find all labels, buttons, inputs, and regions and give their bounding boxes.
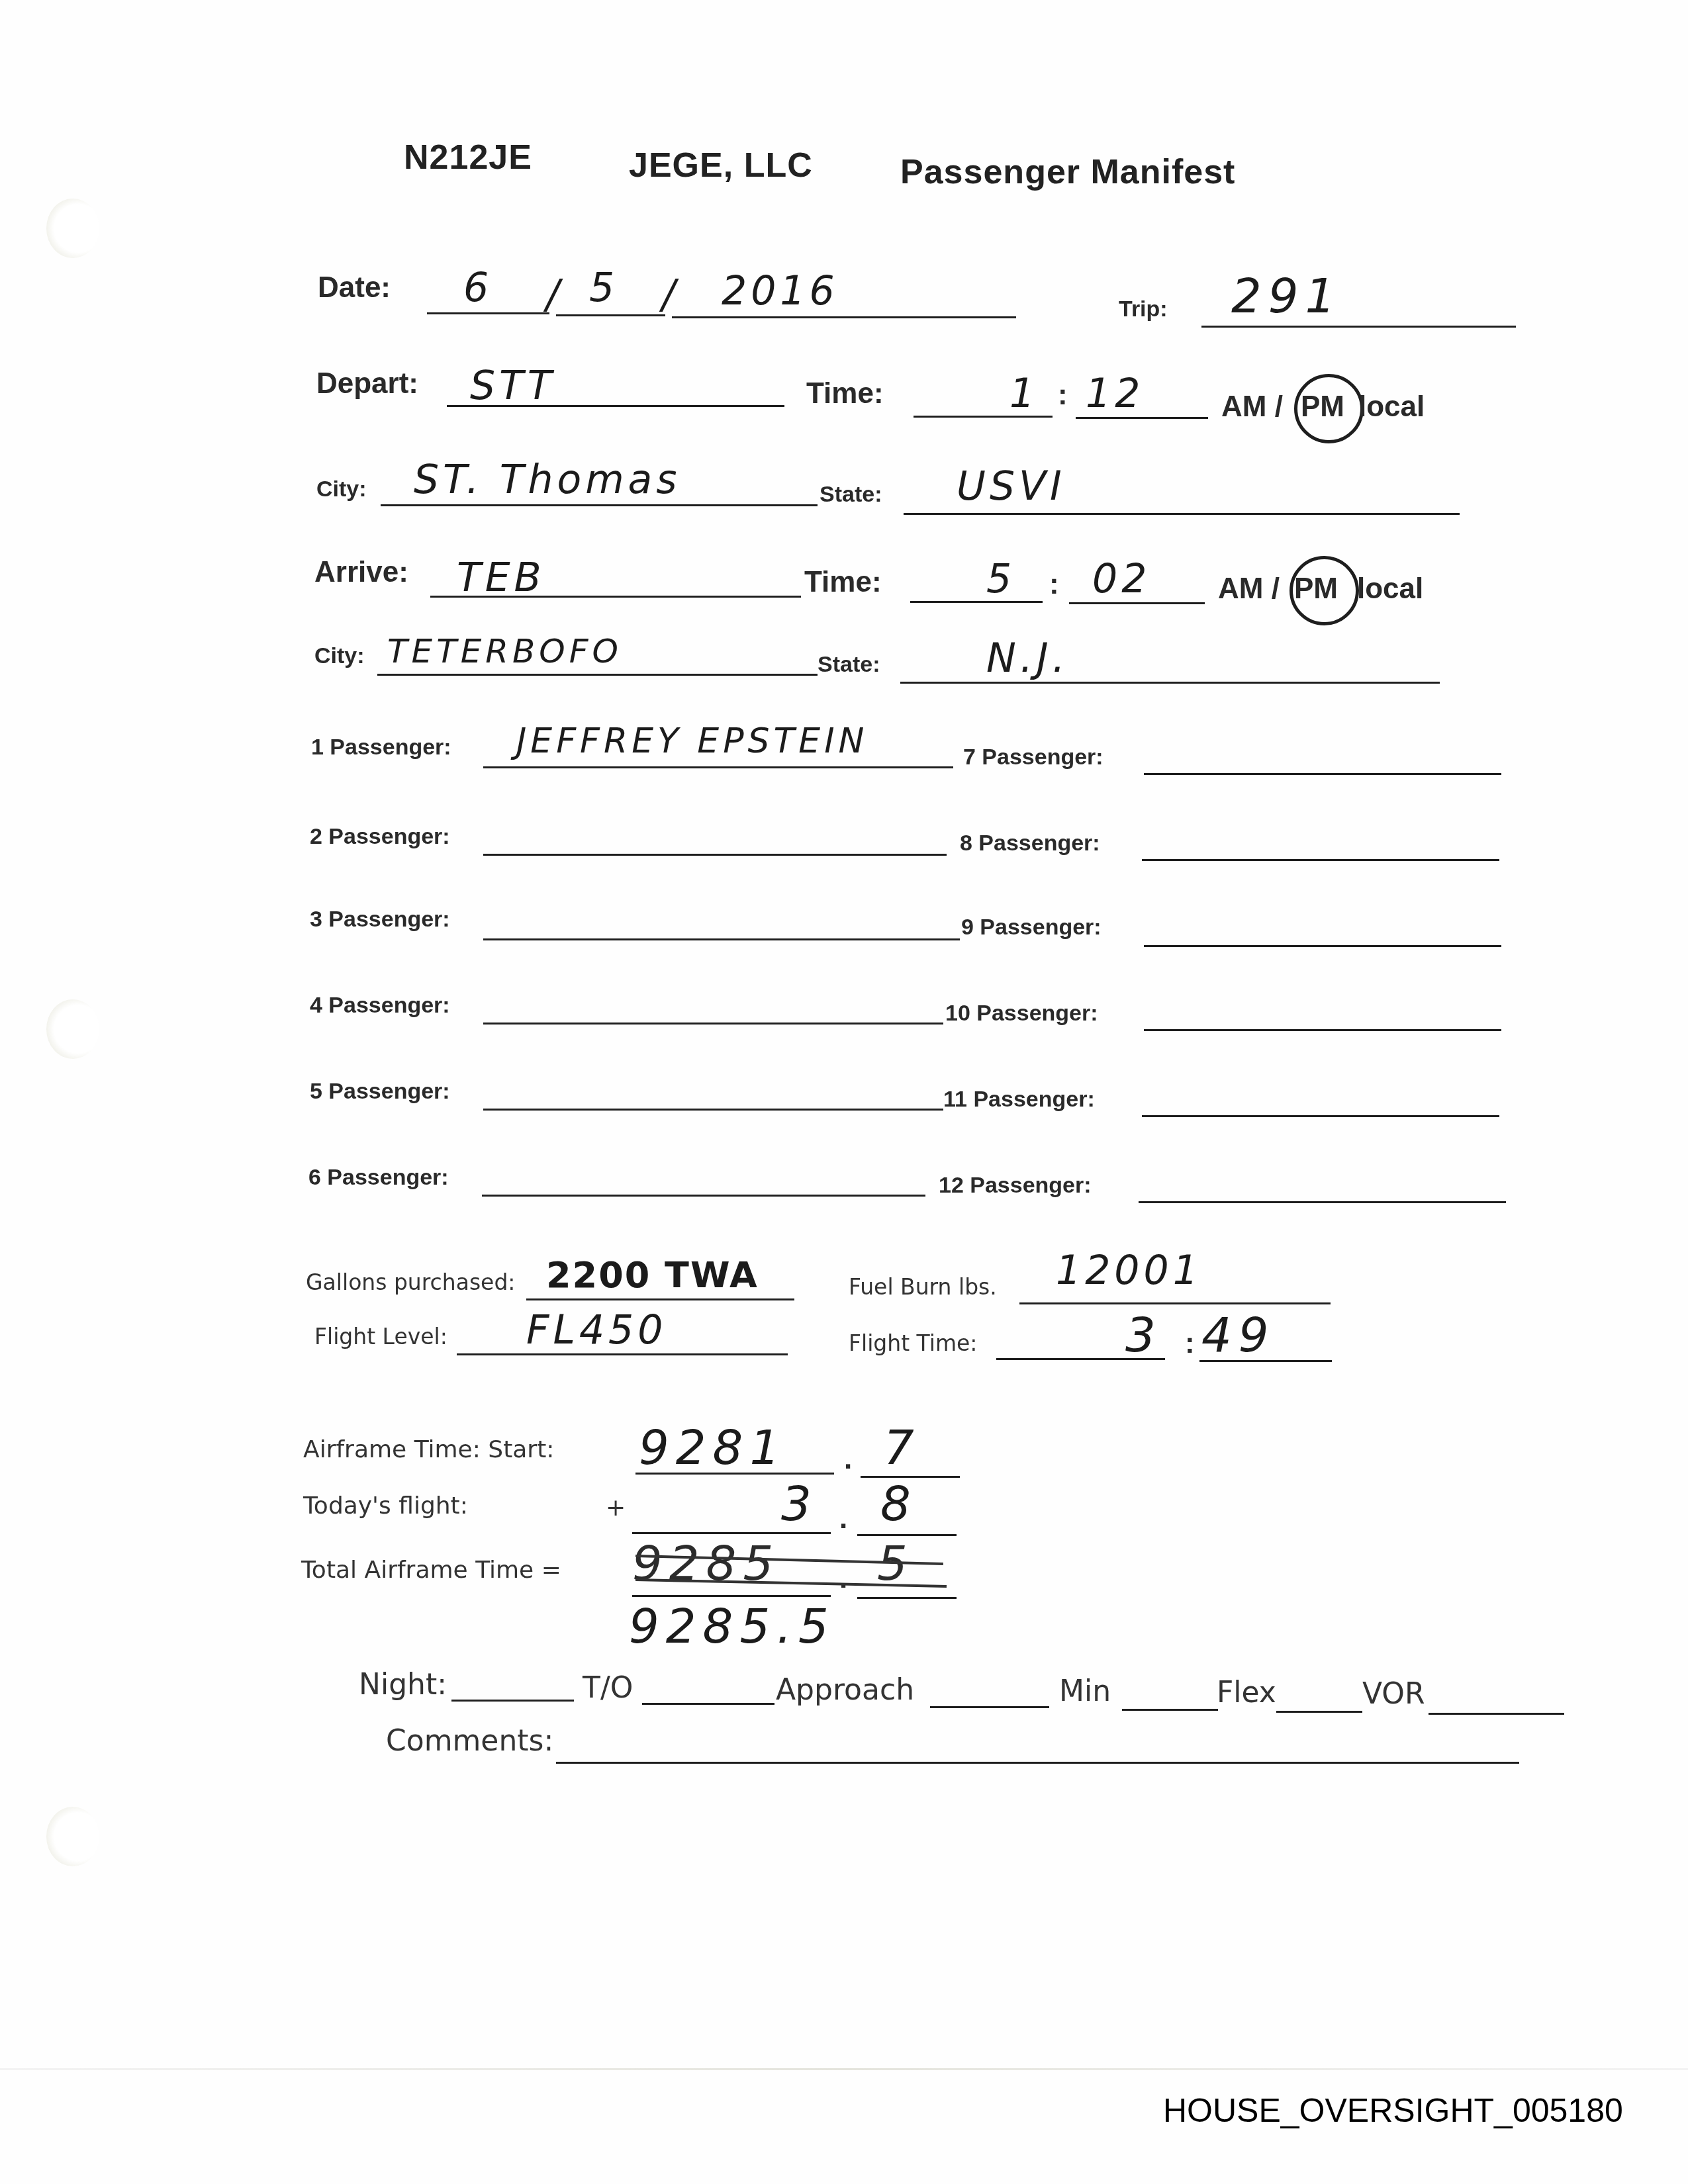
passenger-1-value[interactable]: JEFFREY EPSTEIN [516,721,868,761]
passenger-4-label: 4 Passenger: [310,993,450,1019]
fuel-burn-value[interactable]: 12001 [1056,1248,1202,1294]
night-line[interactable] [451,1700,574,1702]
today-flight-label: Today's flight: [303,1492,468,1520]
date-sep-1: / [546,271,563,318]
passenger-4-line[interactable] [483,1023,943,1024]
vor-label: VOR [1362,1677,1425,1711]
gallons-label: Gallons purchased: [306,1269,515,1295]
depart-time-minute[interactable]: 12 [1086,371,1144,417]
airframe-start-decimal: . [844,1443,852,1476]
night-label: Night: [359,1668,447,1702]
manifest-page: N212JE JEGE, LLC Passenger Manifest Date… [0,0,1688,2184]
passenger-11-line[interactable] [1142,1115,1499,1117]
today-flight-decimal: . [839,1502,847,1535]
arrive-city-value[interactable]: TETERBOFO [387,632,622,670]
trip-value[interactable]: 291 [1231,268,1342,324]
flight-level-line [457,1353,788,1355]
gallons-line [526,1298,794,1300]
passenger-1-label: 1 Passenger: [311,735,451,760]
arrive-state-value[interactable]: N.J. [986,635,1069,682]
passenger-5-line[interactable] [483,1109,943,1111]
arrive-local-text: local [1357,572,1423,606]
arrive-time-minute[interactable]: 02 [1092,556,1150,602]
passenger-6-line[interactable] [482,1195,925,1197]
arrive-ampm-text: AM / [1218,572,1280,606]
arrive-time-hour[interactable]: 5 [986,556,1015,602]
passenger-10-line[interactable] [1144,1029,1501,1031]
to-label: T/O [583,1671,633,1705]
passenger-9-label: 9 Passenger: [961,915,1102,940]
passenger-3-line[interactable] [483,938,960,940]
flight-time-sep: : [1185,1327,1195,1360]
flight-level-label: Flight Level: [314,1324,447,1349]
arrive-value[interactable]: TEB [457,555,545,601]
passenger-12-label: 12 Passenger: [939,1173,1092,1199]
arrive-city-line [377,674,818,676]
depart-label: Depart: [316,367,418,400]
passenger-1-line[interactable] [483,766,953,768]
date-label: Date: [318,271,391,304]
depart-state-line [904,513,1460,515]
min-line[interactable] [1122,1709,1218,1711]
depart-pm-circle [1294,374,1364,443]
depart-local-text: local [1358,390,1425,424]
depart-time-label: Time: [806,377,884,410]
arrive-minute-line [1069,602,1205,604]
depart-value[interactable]: STT [470,363,555,409]
flight-time-hours[interactable]: 3 [1125,1307,1162,1363]
date-day-line [556,314,665,316]
airframe-start-label: Airframe Time: Start: [303,1436,554,1463]
flight-time-label: Flight Time: [849,1330,978,1356]
airframe-start-whole[interactable]: 9281 [639,1420,786,1475]
arrive-label: Arrive: [314,556,408,589]
arrive-state-line [900,682,1440,684]
passenger-2-label: 2 Passenger: [310,824,450,850]
passenger-7-line[interactable] [1144,773,1501,775]
date-year-line [672,316,1016,318]
arrive-time-colon: : [1049,568,1059,601]
passenger-8-line[interactable] [1142,859,1499,861]
today-flight-plus: + [606,1494,626,1522]
passenger-12-line[interactable] [1139,1201,1506,1203]
to-line[interactable] [642,1703,774,1705]
flight-time-minutes[interactable]: 49 [1201,1307,1276,1363]
scan-edge [0,2068,1688,2070]
punch-hole-top [46,199,99,258]
depart-state-value[interactable]: USVI [957,463,1066,510]
today-flight-whole[interactable]: 3 [781,1476,818,1531]
total-struck-decimal: . [839,1562,847,1595]
total-corrected-value[interactable]: 9285.5 [629,1598,835,1654]
bates-number: HOUSE_OVERSIGHT_005180 [1163,2091,1623,2130]
passenger-8-label: 8 Passenger: [960,831,1100,856]
passenger-7-label: 7 Passenger: [963,745,1103,770]
passenger-10-label: 10 Passenger: [945,1001,1098,1026]
today-whole-line [632,1532,831,1534]
total-tenth-line [857,1597,957,1599]
flex-label: Flex [1217,1676,1276,1709]
passenger-5-label: 5 Passenger: [310,1079,450,1105]
date-month-line [427,312,549,314]
depart-state-label: State: [820,482,882,508]
tail-number: N212JE [404,138,532,177]
date-year-value[interactable]: 2016 [722,268,839,314]
vor-line[interactable] [1429,1713,1564,1715]
depart-city-value[interactable]: ST. Thomas [414,457,681,503]
punch-hole-middle [46,999,99,1059]
trip-label: Trip: [1119,296,1168,322]
arrive-time-label: Time: [804,566,882,599]
passenger-3-label: 3 Passenger: [310,907,450,933]
comments-label: Comments: [386,1724,553,1758]
passenger-11-label: 11 Passenger: [943,1087,1095,1113]
punch-hole-bottom [46,1807,99,1866]
date-month-value[interactable]: 6 [463,265,492,311]
total-whole-line [632,1595,831,1597]
airframe-start-tenth[interactable]: 7 [884,1420,921,1475]
depart-minute-line [1076,417,1208,419]
depart-city-line [381,504,818,506]
total-airframe-label: Total Airframe Time = [301,1557,561,1584]
arrive-pm-circle [1289,556,1359,625]
company-name: JEGE, LLC [629,146,813,185]
fuel-burn-line [1019,1302,1331,1304]
arrive-state-label: State: [818,652,880,678]
depart-city-label: City: [316,477,367,502]
depart-time-colon: : [1058,379,1068,412]
page-title: Passenger Manifest [900,152,1235,192]
flex-line[interactable] [1276,1711,1362,1713]
date-day-value[interactable]: 5 [589,265,618,311]
min-label: Min [1059,1674,1111,1708]
passenger-9-line[interactable] [1144,945,1501,947]
depart-ampm-text: AM / [1221,390,1283,424]
approach-line[interactable] [930,1706,1049,1708]
flight-level-value[interactable]: FL450 [526,1307,667,1353]
approach-label: Approach [776,1673,914,1707]
passenger-2-line[interactable] [483,854,947,856]
gallons-value[interactable]: 2200 TWA [546,1254,759,1296]
date-sep-2: / [662,271,679,318]
passenger-6-label: 6 Passenger: [308,1165,449,1191]
arrive-hour-line [910,601,1043,603]
comments-line[interactable] [556,1762,1519,1764]
today-flight-tenth[interactable]: 8 [880,1476,917,1531]
depart-time-hour[interactable]: 1 [1009,371,1039,417]
fuel-burn-label: Fuel Burn lbs. [849,1274,997,1300]
arrive-city-label: City: [314,643,365,669]
trip-line [1201,326,1516,328]
